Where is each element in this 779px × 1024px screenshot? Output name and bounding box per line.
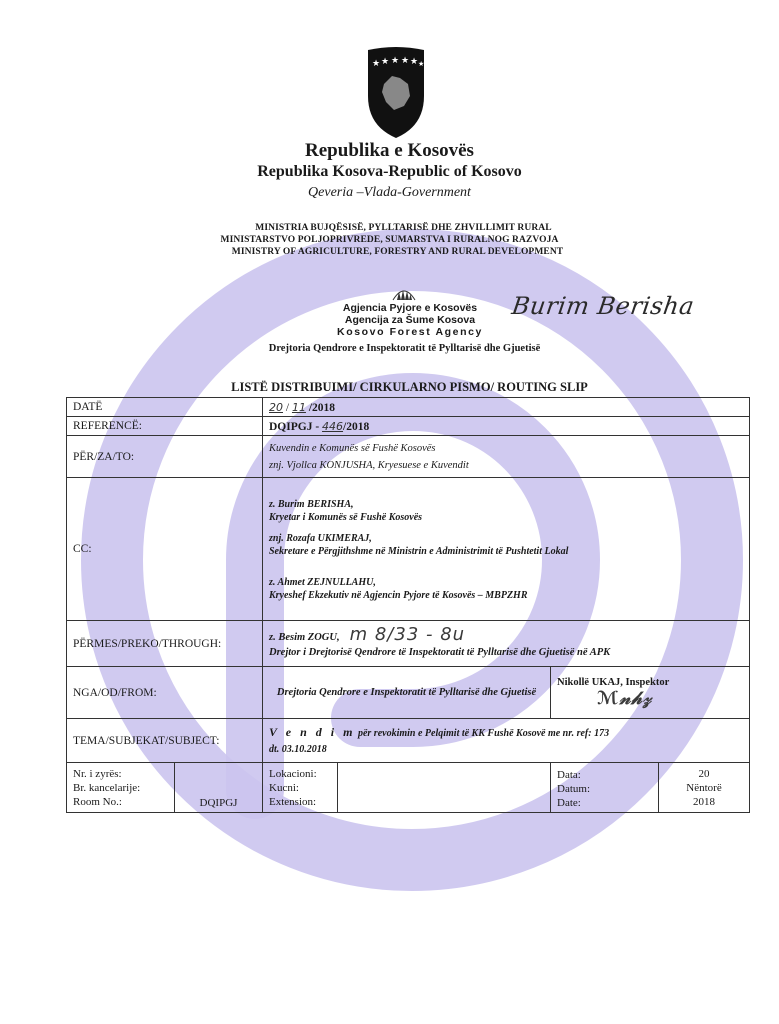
republic-title: Republika e Kosovës bbox=[0, 140, 779, 162]
room-label-sr: Br. kancelarije: bbox=[73, 781, 168, 795]
svg-text:★: ★ bbox=[372, 59, 380, 69]
date-labels: Data: Datum: Date: bbox=[551, 763, 659, 813]
routing-slip-title: LISTË DISTRIBUIMI/ CIRKULARNO PISMO/ ROU… bbox=[0, 380, 779, 395]
svg-text:★: ★ bbox=[391, 56, 399, 66]
date-month: 11 bbox=[292, 401, 306, 414]
cc-name: z. Ahmet ZEJNULLAHU, bbox=[269, 576, 743, 589]
agency-block: Agjencia Pyjore e Kosovës Agencija za Šu… bbox=[330, 302, 490, 338]
cc-title: Kryetar i Komunës së Fushë Kosovës bbox=[269, 511, 743, 524]
reference-prefix: DQIPGJ - bbox=[269, 421, 322, 433]
to-label: PËR/ZA/TO: bbox=[67, 436, 263, 478]
subject-date: dt. 03.10.2018 bbox=[269, 742, 743, 758]
agency-line-sq: Agjencia Pyjore e Kosovës bbox=[330, 302, 490, 314]
through-name: z. Besim ZOGU, bbox=[269, 632, 340, 643]
routing-slip-table: DATË 20 / 11 /2018 REFERENCË: DQIPGJ - 4… bbox=[66, 397, 750, 813]
through-handwritten-note: m 8/33 - 8u bbox=[350, 624, 465, 645]
ministry-line-sr: MINISTARSTVO POLJOPRIVREDE, SUMARSTVA I … bbox=[0, 234, 779, 246]
date-sep: / bbox=[283, 402, 292, 414]
subject-lead: V e n d i m bbox=[269, 725, 355, 739]
cc-entry: z. Ahmet ZEJNULLAHU,Kryeshef Ekzekutiv n… bbox=[269, 576, 743, 602]
cc-entry: z. Burim BERISHA,Kryetar i Komunës së Fu… bbox=[269, 498, 743, 524]
date-year: /2018 bbox=[309, 402, 335, 414]
row-footer: Nr. i zyrës: Br. kancelarije: Room No.: … bbox=[67, 763, 750, 813]
government-line: Qeveria –Vlada-Government bbox=[0, 185, 779, 201]
cc-name: znj. Rozafa UKIMERAJ, bbox=[269, 532, 743, 545]
kosovo-emblem-icon: ★★★★★★ bbox=[364, 44, 428, 140]
subject-value: V e n d i m për revokimin e Pelqimit të … bbox=[263, 719, 750, 763]
reference-number: 446 bbox=[322, 420, 343, 433]
from-unit: Drejtoria Qendrore e Inspektoratit të Py… bbox=[263, 667, 551, 719]
date-values: 20 Nëntorë 2018 bbox=[659, 763, 750, 813]
to-line-2: znj. Vjollca KONJUSHA, Kryesuese e Kuven… bbox=[269, 457, 743, 474]
location-labels: Lokacioni: Kucni: Extension: bbox=[263, 763, 338, 813]
agency-line-sr: Agencija za Šume Kosova bbox=[330, 314, 490, 326]
row-through: PËRMES/PREKO/THROUGH: z. Besim ZOGU,m 8/… bbox=[67, 621, 750, 667]
room-label-en: Room No.: bbox=[73, 795, 168, 809]
location-label-sr: Kucni: bbox=[269, 781, 331, 795]
location-value bbox=[338, 763, 551, 813]
row-to: PËR/ZA/TO: Kuvendin e Komunës së Fushë K… bbox=[67, 436, 750, 478]
from-person-cell: Nikollë UKAJ, Inspektor ℳ𝓃𝒽𝓏 bbox=[551, 667, 750, 719]
from-signature-icon: ℳ𝓃𝒽𝓏 bbox=[597, 688, 743, 709]
location-label-sq: Lokacioni: bbox=[269, 767, 331, 781]
date-label-en: Date: bbox=[557, 796, 652, 810]
svg-text:★: ★ bbox=[410, 57, 418, 67]
row-cc: CC: z. Burim BERISHA,Kryetar i Komunës s… bbox=[67, 478, 750, 621]
reference-value: DQIPGJ - 446/2018 bbox=[263, 417, 750, 436]
cc-entry: znj. Rozafa UKIMERAJ,Sekretare e Përgjit… bbox=[269, 532, 743, 558]
reference-label: REFERENCË: bbox=[67, 417, 263, 436]
subject-text: për revokimin e Pelqimit të KK Fushë Kos… bbox=[355, 728, 609, 739]
subject-label: TEMA/SUBJEKAT/SUBJECT: bbox=[67, 719, 263, 763]
location-label-en: Extension: bbox=[269, 795, 331, 809]
cc-label: CC: bbox=[67, 478, 263, 621]
date-label: DATË bbox=[67, 398, 263, 417]
svg-text:★: ★ bbox=[418, 60, 424, 68]
to-value: Kuvendin e Komunës së Fushë Kosovës znj.… bbox=[263, 436, 750, 478]
through-label: PËRMES/PREKO/THROUGH: bbox=[67, 621, 263, 667]
from-label: NGA/OD/FROM: bbox=[67, 667, 263, 719]
row-from: NGA/OD/FROM: Drejtoria Qendrore e Inspek… bbox=[67, 667, 750, 719]
date-year-value: 2018 bbox=[665, 795, 743, 809]
room-value: DQIPGJ bbox=[175, 763, 263, 813]
date-label-sq: Data: bbox=[557, 768, 652, 782]
to-line-1: Kuvendin e Komunës së Fushë Kosovës bbox=[269, 440, 743, 457]
cc-title: Kryeshef Ekzekutiv në Agjencin Pyjore të… bbox=[269, 589, 743, 602]
handwritten-signature: Burim Berisha bbox=[510, 292, 696, 320]
date-day-value: 20 bbox=[665, 767, 743, 781]
row-date: DATË 20 / 11 /2018 bbox=[67, 398, 750, 417]
cc-value: z. Burim BERISHA,Kryetar i Komunës së Fu… bbox=[263, 478, 750, 621]
date-day: 20 bbox=[269, 401, 283, 414]
republic-subtitle: Republika Kosova-Republic of Kosovo bbox=[0, 163, 779, 181]
row-subject: TEMA/SUBJEKAT/SUBJECT: V e n d i m për r… bbox=[67, 719, 750, 763]
from-person: Nikollë UKAJ, Inspektor bbox=[557, 677, 743, 688]
through-title: Drejtor i Drejtorisë Qendrore të Inspekt… bbox=[269, 645, 743, 660]
room-labels: Nr. i zyrës: Br. kancelarije: Room No.: bbox=[67, 763, 175, 813]
date-month-value: Nëntorë bbox=[665, 781, 743, 795]
cc-name: z. Burim BERISHA, bbox=[269, 498, 743, 511]
forest-agency-logo-icon bbox=[391, 284, 417, 302]
ministry-line-sq: MINISTRIA BUJQËSISË, PYLLTARISË DHE ZHVI… bbox=[0, 222, 779, 234]
svg-text:★: ★ bbox=[401, 56, 409, 66]
through-value: z. Besim ZOGU,m 8/33 - 8u Drejtor i Drej… bbox=[263, 621, 750, 667]
room-label-sq: Nr. i zyrës: bbox=[73, 767, 168, 781]
date-value: 20 / 11 /2018 bbox=[263, 398, 750, 417]
reference-suffix: /2018 bbox=[343, 421, 369, 433]
date-label-sr: Datum: bbox=[557, 782, 652, 796]
directorate-line: Drejtoria Qendrore e Inspektoratit të Py… bbox=[0, 343, 779, 354]
ministry-line-en: MINISTRY OF AGRICULTURE, FORESTRY AND RU… bbox=[0, 246, 779, 258]
cc-title: Sekretare e Përgjithshme në Ministrin e … bbox=[269, 545, 743, 558]
svg-text:★: ★ bbox=[381, 57, 389, 67]
row-reference: REFERENCË: DQIPGJ - 446/2018 bbox=[67, 417, 750, 436]
ministry-block: MINISTRIA BUJQËSISË, PYLLTARISË DHE ZHVI… bbox=[0, 222, 779, 258]
agency-line-en: Kosovo Forest Agency bbox=[330, 326, 490, 338]
